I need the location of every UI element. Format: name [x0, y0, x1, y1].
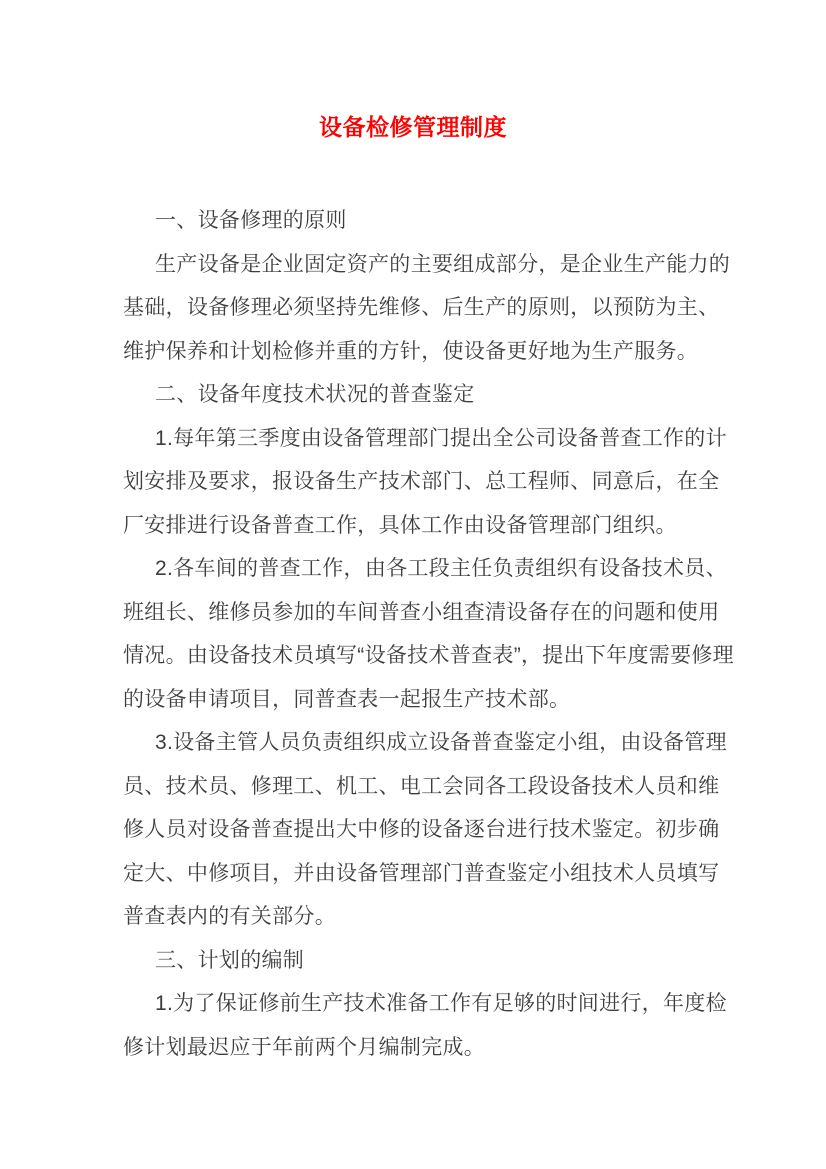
text-line: 厂安排进行设备普查工作，具体工作由设备管理部门组织。 [123, 504, 705, 548]
text-line: 的设备申请项目，同普查表一起报生产技术部。 [123, 678, 705, 722]
text-line: 维护保养和计划检修并重的方针，使设备更好地为生产服务。 [123, 330, 705, 374]
text-line: 1.每年第三季度由设备管理部门提出全公司设备普查工作的计 [123, 417, 705, 461]
text-line: 1.为了保证修前生产技术准备工作有足够的时间进行，年度检 [123, 982, 705, 1026]
section-heading: 二、设备年度技术状况的普查鉴定 [123, 373, 705, 417]
text-line: 修计划最迟应于年前两个月编制完成。 [123, 1026, 705, 1070]
paragraph: 2.各车间的普查工作，由各工段主任负责组织有设备技术员、班组长、维修员参加的车间… [123, 547, 705, 721]
section-heading: 一、设备修理的原则 [123, 199, 705, 243]
text-line: 基础，设备修理必须坚持先维修、后生产的原则，以预防为主、 [123, 286, 705, 330]
text-line: 情况。由设备技术员填写“设备技术普查表”，提出下年度需要修理 [123, 634, 705, 678]
document-title: 设备检修管理制度 [0, 0, 826, 142]
document-page: 设备检修管理制度 一、设备修理的原则生产设备是企业固定资产的主要组成部分，是企业… [0, 0, 826, 1169]
paragraph: 生产设备是企业固定资产的主要组成部分，是企业生产能力的基础，设备修理必须坚持先维… [123, 243, 705, 374]
document-body: 一、设备修理的原则生产设备是企业固定资产的主要组成部分，是企业生产能力的基础，设… [0, 199, 705, 1069]
section-heading: 三、计划的编制 [123, 939, 705, 983]
text-line: 一、设备修理的原则 [123, 199, 705, 243]
paragraph: 3.设备主管人员负责组织成立设备普查鉴定小组，由设备管理员、技术员、修理工、机工… [123, 721, 705, 939]
text-line: 3.设备主管人员负责组织成立设备普查鉴定小组，由设备管理 [123, 721, 705, 765]
text-line: 三、计划的编制 [123, 939, 705, 983]
text-line: 定大、中修项目，并由设备管理部门普查鉴定小组技术人员填写 [123, 852, 705, 896]
text-line: 员、技术员、修理工、机工、电工会同各工段设备技术人员和维 [123, 765, 705, 809]
text-line: 划安排及要求，报设备生产技术部门、总工程师、同意后，在全 [123, 460, 705, 504]
text-line: 2.各车间的普查工作，由各工段主任负责组织有设备技术员、 [123, 547, 705, 591]
text-line: 修人员对设备普查提出大中修的设备逐台进行技术鉴定。初步确 [123, 808, 705, 852]
text-line: 生产设备是企业固定资产的主要组成部分，是企业生产能力的 [123, 243, 705, 287]
text-line: 普查表内的有关部分。 [123, 895, 705, 939]
paragraph: 1.每年第三季度由设备管理部门提出全公司设备普查工作的计划安排及要求，报设备生产… [123, 417, 705, 548]
text-line: 二、设备年度技术状况的普查鉴定 [123, 373, 705, 417]
text-line: 班组长、维修员参加的车间普查小组查清设备存在的问题和使用 [123, 591, 705, 635]
paragraph: 1.为了保证修前生产技术准备工作有足够的时间进行，年度检修计划最迟应于年前两个月… [123, 982, 705, 1069]
